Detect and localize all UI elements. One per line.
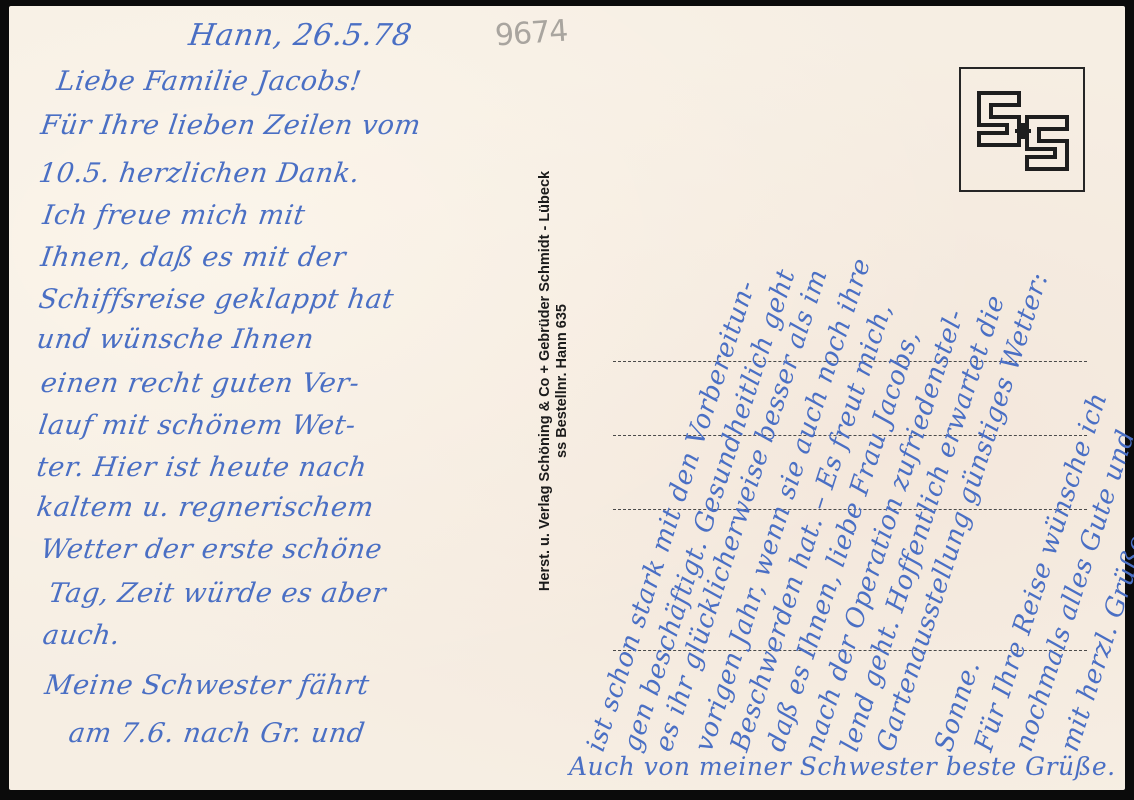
letter-line: Ihnen, daß es mit der (39, 242, 348, 273)
publisher-logo-box (959, 67, 1085, 192)
letter-line: kaltem u. regnerischem (35, 492, 376, 523)
letter-line: Meine Schwester fährt (43, 670, 372, 701)
salutation: Liebe Familie Jacobs! (55, 66, 364, 97)
imprint-line-1: Herst. u. Verlag Schöning & Co + Gebrüde… (537, 101, 554, 661)
imprint-line-2: ss Bestellnr. Hann 635 (554, 101, 571, 661)
letter-line: 10.5. herzlichen Dank. (37, 158, 362, 189)
letter-line: am 7.6. nach Gr. und (67, 718, 367, 749)
s-plus-s-logo-icon (975, 89, 1071, 173)
publisher-imprint: Herst. u. Verlag Schöning & Co + Gebrüde… (537, 101, 571, 661)
letter-line: auch. (41, 620, 122, 651)
letter-line: ter. Hier ist heute nach (35, 452, 369, 483)
pencil-archive-number: 9674 (494, 14, 569, 54)
closing-line: Auch von meiner Schwester beste Grüße. (569, 752, 1116, 781)
place-date: Hann, 26.5.78 (187, 18, 415, 53)
postcard-back: 9674 Hann, 26.5.78 Liebe Familie Jacobs!… (9, 6, 1125, 790)
letter-line: Schiffsreise geklappt hat (37, 284, 396, 315)
letter-line: Für Ihre lieben Zeilen vom (39, 110, 423, 141)
letter-line: lauf mit schönem Wet- (37, 410, 358, 441)
letter-line: Wetter der erste schöne (39, 534, 384, 565)
letter-line: Ich freue mich mit (41, 200, 307, 231)
letter-line: Tag, Zeit würde es aber (47, 578, 388, 609)
letter-line: einen recht guten Ver- (39, 368, 362, 399)
letter-line: und wünsche Ihnen (35, 324, 316, 355)
